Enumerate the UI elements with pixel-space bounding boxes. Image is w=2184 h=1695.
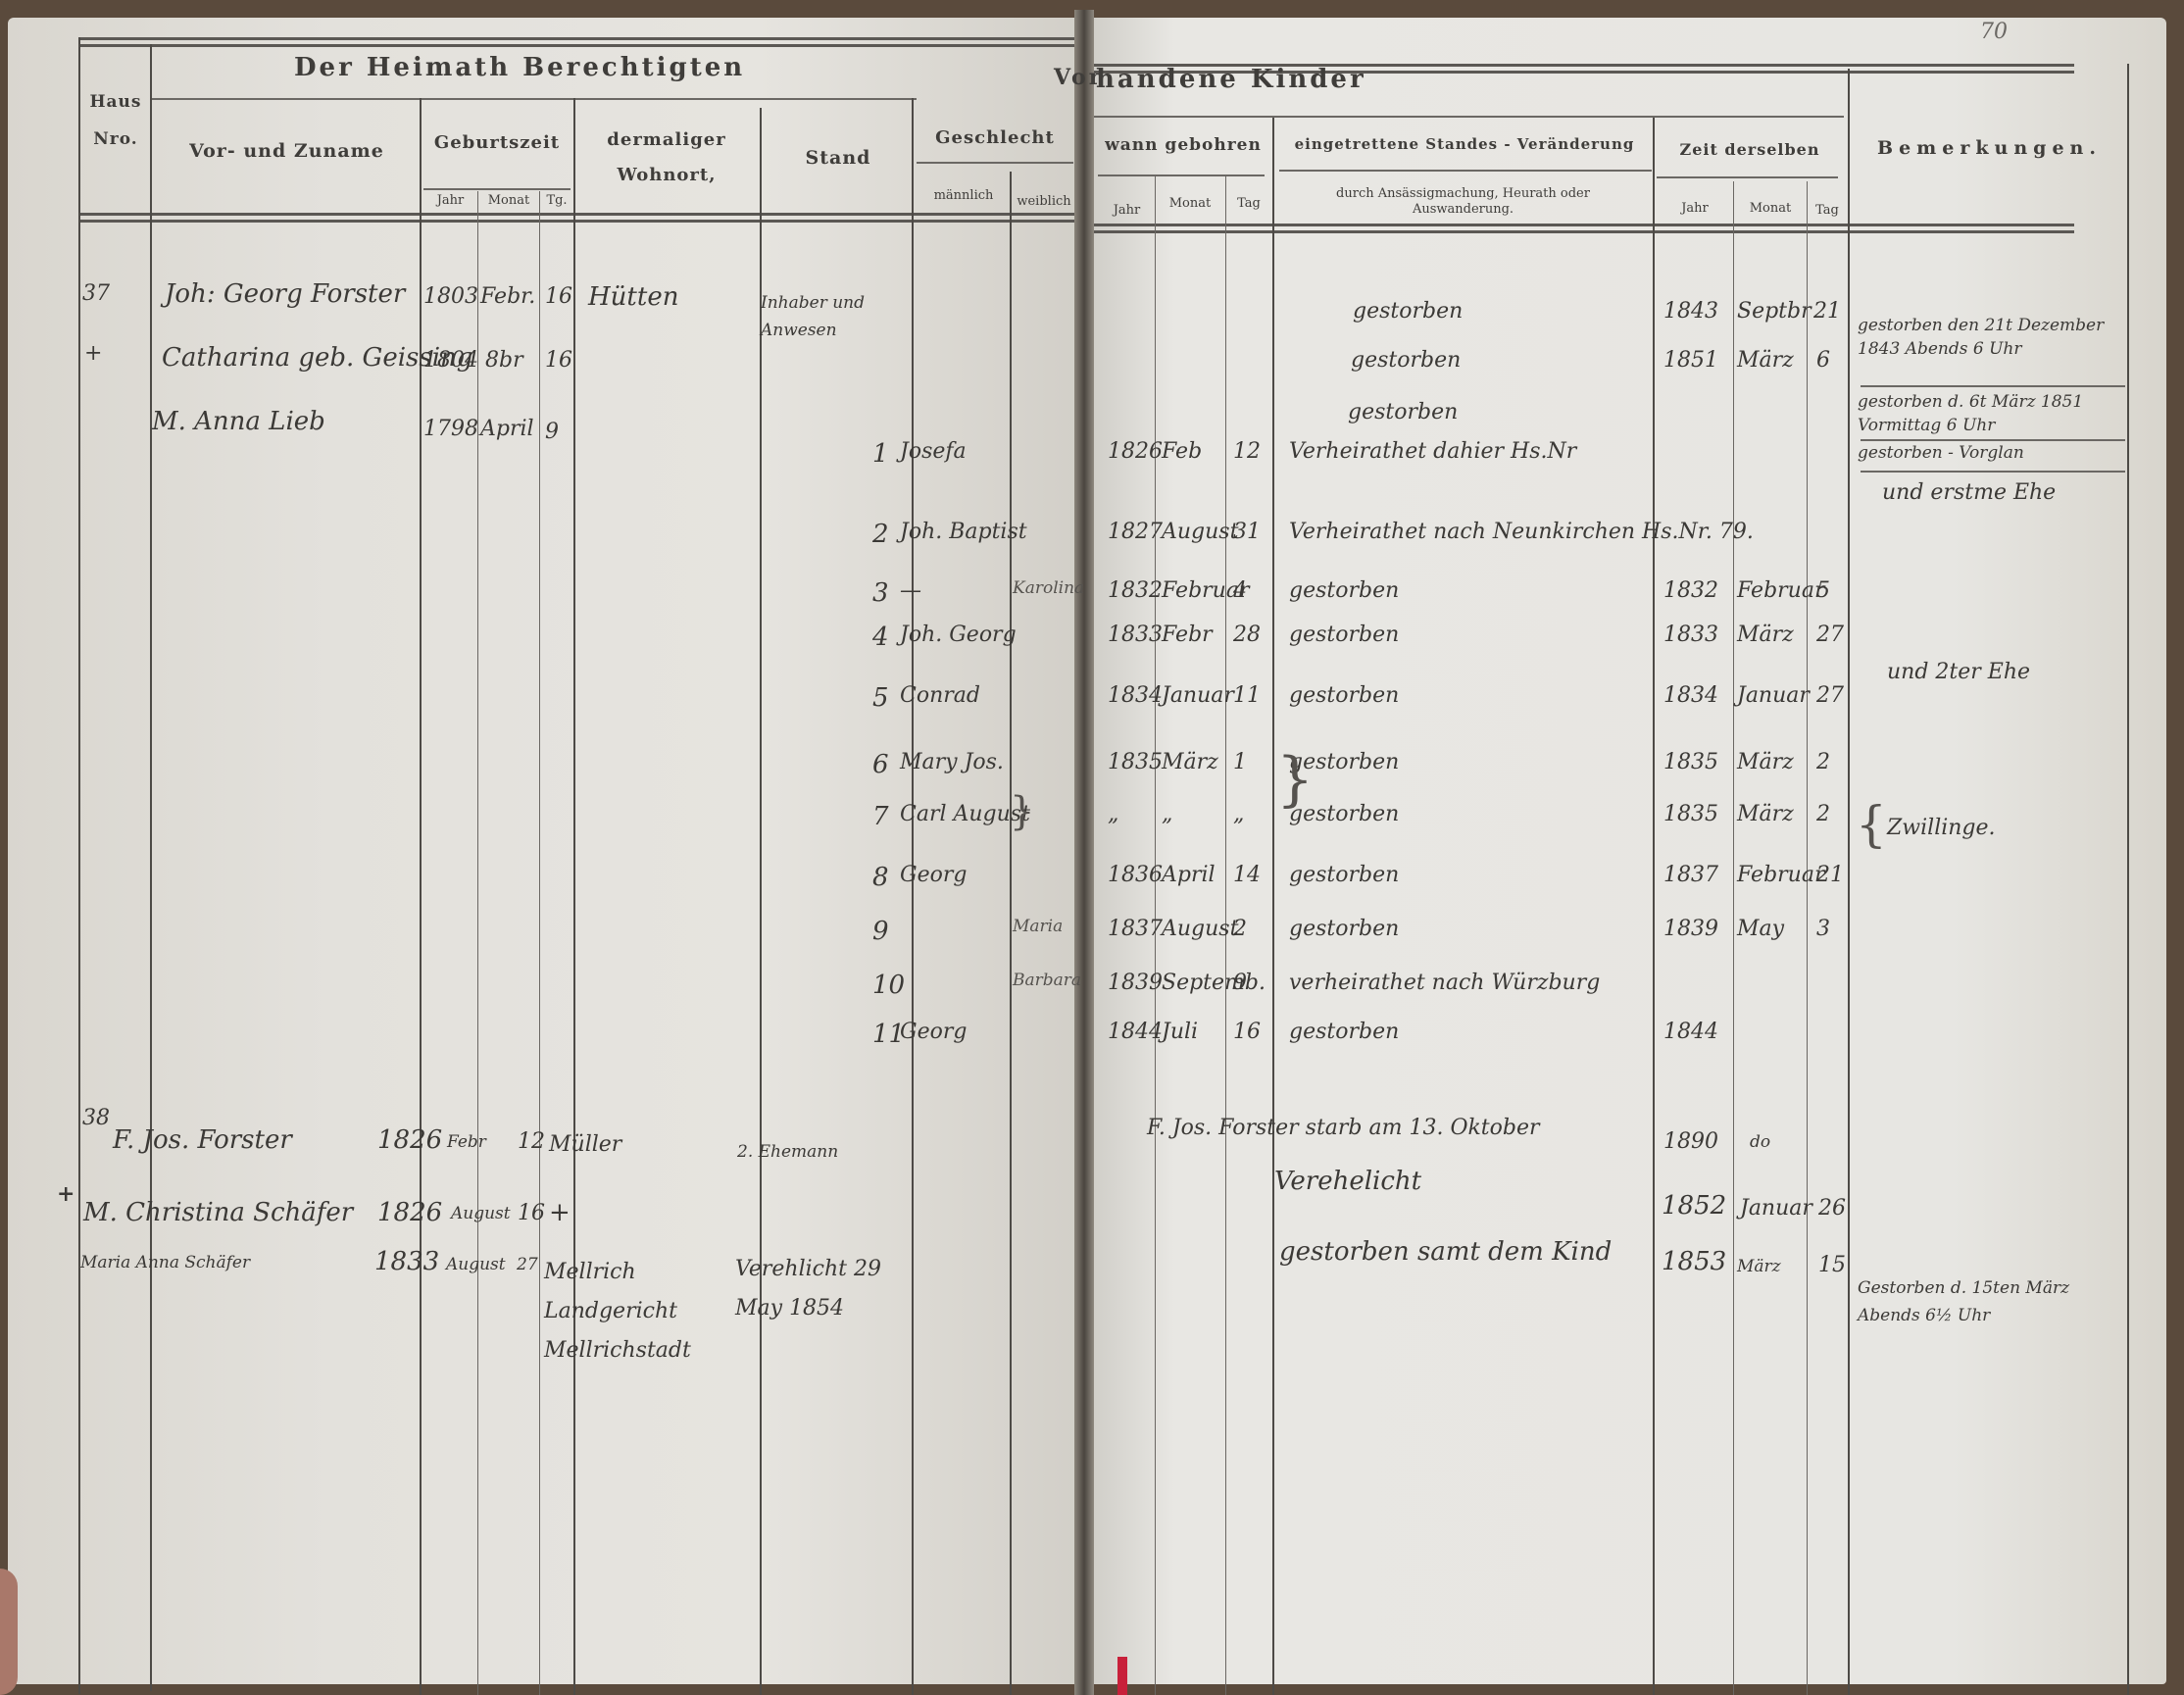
gebohren-subrule	[1098, 174, 1265, 176]
child-change-jahr: 1832	[1663, 578, 1718, 603]
child-change-monat: März	[1737, 802, 1794, 826]
member-change-jahr: 1852	[1662, 1191, 1726, 1221]
header-z-jahr: Jahr	[1659, 201, 1731, 216]
thumb-edge	[0, 1569, 18, 1695]
header-wann-gebohren: wann gebohren	[1100, 135, 1266, 155]
member-monat: August	[451, 1204, 511, 1223]
child-sex-weiblich: Karolina	[1013, 578, 1084, 598]
child-status-change: gestorben	[1289, 683, 1399, 708]
member-wohnort: Mellrich Landgericht Mellrichstadt	[544, 1253, 711, 1371]
member-stand: Inhaber und Anwesen	[761, 289, 908, 344]
header-maennlich: männlich	[919, 188, 1008, 203]
book-gutter	[1074, 10, 1094, 1695]
child-birth-jahr: 1837	[1108, 917, 1163, 941]
top-rule-left-2	[78, 44, 1074, 47]
child-change-jahr: 1837	[1663, 863, 1718, 887]
child-number: 5	[872, 683, 889, 713]
remark: gestorben d. 6t März 1851 Vormittag 6 Uh…	[1858, 390, 2122, 437]
member-wohnort: Müller	[549, 1132, 621, 1157]
member-change-monat: do	[1750, 1132, 1770, 1152]
child-status-change: gestorben	[1289, 863, 1399, 887]
child-birth-tag: 2	[1233, 917, 1247, 941]
child-number: 2	[872, 520, 889, 549]
child-birth-jahr: 1827	[1108, 520, 1163, 544]
veraenderung-subrule	[1279, 170, 1652, 172]
child-birth-tag: 31	[1233, 520, 1261, 544]
remark-divider	[1861, 439, 2125, 441]
child-birth-jahr: 1834	[1108, 683, 1163, 708]
twins-brace: }	[1276, 745, 1314, 814]
member-remark: Gestorben d. 15ten März Abends 6½ Uhr	[1858, 1274, 2122, 1329]
child-birth-tag: „	[1233, 802, 1244, 826]
header-k-monat: Monat	[1157, 196, 1223, 211]
parent-change-jahr: 1851	[1663, 348, 1718, 373]
col-divider-name	[420, 98, 422, 1695]
parent-change-monat: März	[1737, 348, 1794, 373]
member-jahr: 1833	[374, 1247, 439, 1276]
child-change-monat: März	[1737, 750, 1794, 774]
child-birth-jahr: 1833	[1108, 623, 1163, 647]
header-geburtszeit: Geburtszeit	[423, 132, 571, 153]
col-divider-wohnort	[760, 108, 762, 1695]
child-birth-tag: 1	[1233, 750, 1247, 774]
child-status-change: gestorben	[1289, 578, 1399, 603]
remark-divider	[1861, 385, 2125, 387]
child-birth-monat: Feb	[1162, 439, 1202, 464]
twins-brace-left: }	[1010, 789, 1034, 834]
title-underline-left	[152, 98, 917, 100]
child-name: —	[900, 578, 921, 603]
right-border	[2127, 64, 2129, 1695]
header-name: Vor- und Zuname	[162, 140, 412, 162]
child-number: 1	[872, 439, 889, 469]
member-tag: 12	[518, 1129, 545, 1154]
header-standes-veraenderung: eingetrettene Standes - Veränderung	[1279, 135, 1650, 153]
col-divider-z-jahr	[1733, 181, 1734, 1695]
child-birth-jahr: 1832	[1108, 578, 1163, 603]
child-birth-jahr: 1826	[1108, 439, 1163, 464]
child-name: Mary Jos.	[900, 750, 1004, 774]
left-border	[78, 37, 80, 1694]
child-number: 3	[872, 578, 889, 608]
child-number: 7	[872, 802, 889, 831]
child-number: 10	[872, 971, 905, 1000]
twins-brace-remark: {	[1856, 796, 1887, 853]
header-haus-nro: Haus Nro.	[84, 83, 147, 158]
header-bemerkungen: Bemerkungen.	[1855, 137, 2124, 159]
child-name: Joh. Baptist	[900, 520, 1027, 544]
member-name: M. Anna Lieb	[152, 407, 325, 436]
member-change-jahr: 1890	[1663, 1129, 1718, 1154]
child-status-change: verheirathet nach Würzburg	[1289, 971, 1600, 995]
child-change-jahr: 1835	[1663, 750, 1718, 774]
remark: gestorben - Vorglan	[1858, 443, 2122, 463]
member-wohnort: Hütten	[588, 282, 678, 312]
right-page-title: handene Kinder	[1096, 65, 1366, 94]
child-remark: und 2ter Ehe	[1887, 660, 2030, 684]
child-birth-monat: Juli	[1162, 1020, 1198, 1044]
child-change-tag: 2	[1816, 750, 1830, 774]
header-geburt-tag: Tg.	[541, 193, 572, 208]
col-divider-z-monat	[1807, 181, 1808, 1695]
child-change-jahr: 1839	[1663, 917, 1718, 941]
haus-nro-2-mark: +	[57, 1181, 74, 1207]
child-change-jahr: 1844	[1663, 1020, 1718, 1044]
child-birth-monat: Januar	[1162, 683, 1234, 708]
child-birth-monat: Septemb.	[1162, 971, 1266, 995]
child-change-tag: 2	[1816, 802, 1830, 826]
header-k-tag: Tag	[1227, 196, 1270, 211]
child-name: Georg	[900, 1020, 967, 1044]
child-name: Joh. Georg	[900, 623, 1017, 647]
child-change-monat: May	[1737, 917, 1784, 941]
child-status-change: gestorben	[1289, 623, 1399, 647]
member-change: gestorben samt dem Kind	[1279, 1237, 1612, 1267]
col-divider-stand	[912, 98, 914, 1695]
bookmark-ribbon	[1117, 1657, 1127, 1695]
member-monat: Febr	[447, 1132, 486, 1152]
member-monat: August	[446, 1255, 506, 1274]
header-zeit-derselben: Zeit derselben	[1657, 140, 1843, 159]
haus-nro-1: 37	[82, 281, 110, 306]
child-remark: Zwillinge.	[1887, 816, 1996, 840]
member-name: F. Jos. Forster	[113, 1125, 292, 1155]
child-change-tag: 27	[1816, 623, 1844, 647]
member-tag: 27	[517, 1255, 538, 1274]
header-stand: Stand	[774, 147, 902, 169]
child-birth-tag: 12	[1233, 439, 1261, 464]
col-divider-geburt	[573, 98, 575, 1695]
child-change-tag: 21	[1816, 863, 1844, 887]
parent-change-tag: 6	[1816, 348, 1830, 373]
header-geburt-jahr: Jahr	[423, 193, 477, 208]
child-birth-tag: 16	[1233, 1020, 1261, 1044]
member-stand: Verehlicht 29 May 1854	[735, 1250, 882, 1328]
col-divider-haus	[150, 44, 152, 1691]
header-weiblich: weiblich	[1015, 194, 1073, 209]
child-birth-monat: März	[1162, 750, 1218, 774]
child-birth-monat: Febr	[1162, 623, 1213, 647]
child-sex-weiblich: Barbara	[1013, 971, 1081, 990]
member-change: Verehelicht	[1274, 1167, 1421, 1196]
member-name: Maria Anna Schäfer	[80, 1253, 250, 1272]
child-birth-jahr: 1836	[1108, 863, 1163, 887]
child-status-change: gestorben	[1289, 1020, 1399, 1044]
header-bottom-rule-left-2	[78, 220, 1074, 223]
child-change-monat: Januar	[1737, 683, 1810, 708]
parent-change: gestorben	[1348, 400, 1458, 424]
child-birth-monat: „	[1162, 802, 1172, 826]
member-jahr: 1826	[377, 1125, 442, 1155]
page-number: 70	[1980, 20, 2008, 44]
child-change-jahr: 1835	[1663, 802, 1718, 826]
child-birth-monat: April	[1162, 863, 1216, 887]
member-cross: +	[549, 1198, 571, 1227]
child-name: Georg	[900, 863, 967, 887]
child-change-monat: Februar	[1737, 863, 1824, 887]
col-divider-zeit	[1848, 69, 1850, 1695]
child-status-change: Verheirathet nach Neunkirchen Hs.Nr. 79.	[1289, 520, 1754, 544]
top-rule-left	[78, 37, 1074, 40]
child-change-jahr: 1833	[1663, 623, 1718, 647]
child-sex-weiblich: Maria	[1013, 917, 1063, 936]
child-status-change: gestorben	[1289, 917, 1399, 941]
col-divider-monat	[539, 191, 540, 1695]
member-name: Joh: Georg Forster	[165, 279, 405, 309]
member-tag: 16	[545, 284, 572, 309]
member-change-tag: 26	[1818, 1196, 1846, 1221]
member-tag: 9	[545, 420, 559, 444]
header-geburt-monat: Monat	[479, 193, 538, 208]
child-birth-tag: 28	[1233, 623, 1261, 647]
member-monat: April	[480, 417, 534, 441]
col-divider-gebohren	[1272, 118, 1274, 1695]
left-page-title: Der Heimath Berechtigten	[294, 53, 745, 82]
child-birth-jahr: 1844	[1108, 1020, 1163, 1044]
child-number: 8	[872, 863, 889, 892]
child-change-jahr: 1834	[1663, 683, 1718, 708]
child-number: 4	[872, 623, 889, 652]
child-birth-tag: 9	[1233, 971, 1247, 995]
member-monat: 8br	[485, 348, 523, 373]
parent-change: gestorben	[1351, 348, 1461, 373]
remark-divider	[1861, 471, 2125, 473]
header-veraenderung-sub: durch Ansässigmachung, Heurath oder Ausw…	[1294, 186, 1632, 218]
child-name: Conrad	[900, 683, 980, 708]
member-jahr: 1804	[423, 348, 478, 373]
member-jahr: 1798	[423, 417, 478, 441]
haus-nro-2: 38	[82, 1106, 110, 1130]
child-birth-tag: 4	[1233, 578, 1247, 603]
geschlecht-subrule	[917, 162, 1073, 164]
remark: gestorben den 21t Dezember 1843 Abends 6…	[1858, 314, 2122, 361]
child-number: 9	[872, 917, 889, 946]
remark: und erstme Ehe	[1882, 475, 2078, 511]
child-birth-jahr: 1835	[1108, 750, 1163, 774]
child-change-monat: März	[1737, 623, 1794, 647]
title-underline-right	[1094, 116, 1844, 118]
member-tag: 16	[545, 348, 572, 373]
child-birth-monat: August	[1162, 917, 1238, 941]
zeit-subrule	[1657, 176, 1838, 178]
header-bottom-rule-left	[78, 213, 1074, 216]
header-bottom-rule-right-2	[1094, 230, 2074, 233]
member-stand: 2. Ehemann	[737, 1142, 838, 1162]
child-birth-monat: August	[1162, 520, 1238, 544]
header-z-monat: Monat	[1735, 201, 1806, 216]
member-jahr: 1803	[423, 284, 478, 309]
child-change-monat: Februar	[1737, 578, 1824, 603]
haus-nro-1-mark: +	[84, 341, 102, 366]
child-birth-tag: 11	[1233, 683, 1261, 708]
child-change-tag: 3	[1816, 917, 1830, 941]
header-z-tag: Tag	[1809, 203, 1846, 218]
parent-change: gestorben	[1353, 299, 1463, 324]
member-tag: 16	[518, 1201, 545, 1225]
member-change-jahr: 1853	[1662, 1247, 1726, 1276]
parent-change-jahr: 1843	[1663, 299, 1718, 324]
member-change: F. Jos. Forster starb am 13. Oktober	[1147, 1116, 1540, 1140]
member-change-monat: März	[1737, 1257, 1781, 1276]
left-page	[8, 18, 1080, 1684]
child-status-change: Verheirathet dahier Hs.Nr	[1289, 439, 1576, 464]
col-divider-veraenderung	[1653, 118, 1655, 1695]
child-change-tag: 27	[1816, 683, 1844, 708]
right-page	[1088, 18, 2166, 1684]
col-divider-geschlecht	[1010, 172, 1012, 1695]
header-k-jahr: Jahr	[1100, 203, 1154, 218]
child-birth-tag: 14	[1233, 863, 1261, 887]
child-name: Josefa	[900, 439, 967, 464]
parent-change-monat: Septbr	[1737, 299, 1812, 324]
header-geschlecht: Geschlecht	[917, 127, 1073, 148]
parent-change-tag: 21	[1813, 299, 1841, 324]
geburtszeit-subrule	[423, 188, 571, 190]
member-name: M. Christina Schäfer	[83, 1198, 353, 1227]
child-birth-jahr: „	[1108, 802, 1118, 826]
child-number: 6	[872, 750, 889, 779]
child-birth-jahr: 1839	[1108, 971, 1163, 995]
header-wohnort: dermaliger Wohnort,	[583, 123, 750, 193]
member-change-monat: Januar	[1740, 1196, 1812, 1221]
header-bottom-rule-right	[1094, 224, 2074, 226]
member-jahr: 1826	[377, 1198, 442, 1227]
member-change-tag: 15	[1818, 1253, 1846, 1277]
child-change-tag: 5	[1816, 578, 1830, 603]
member-monat: Febr.	[480, 284, 535, 309]
